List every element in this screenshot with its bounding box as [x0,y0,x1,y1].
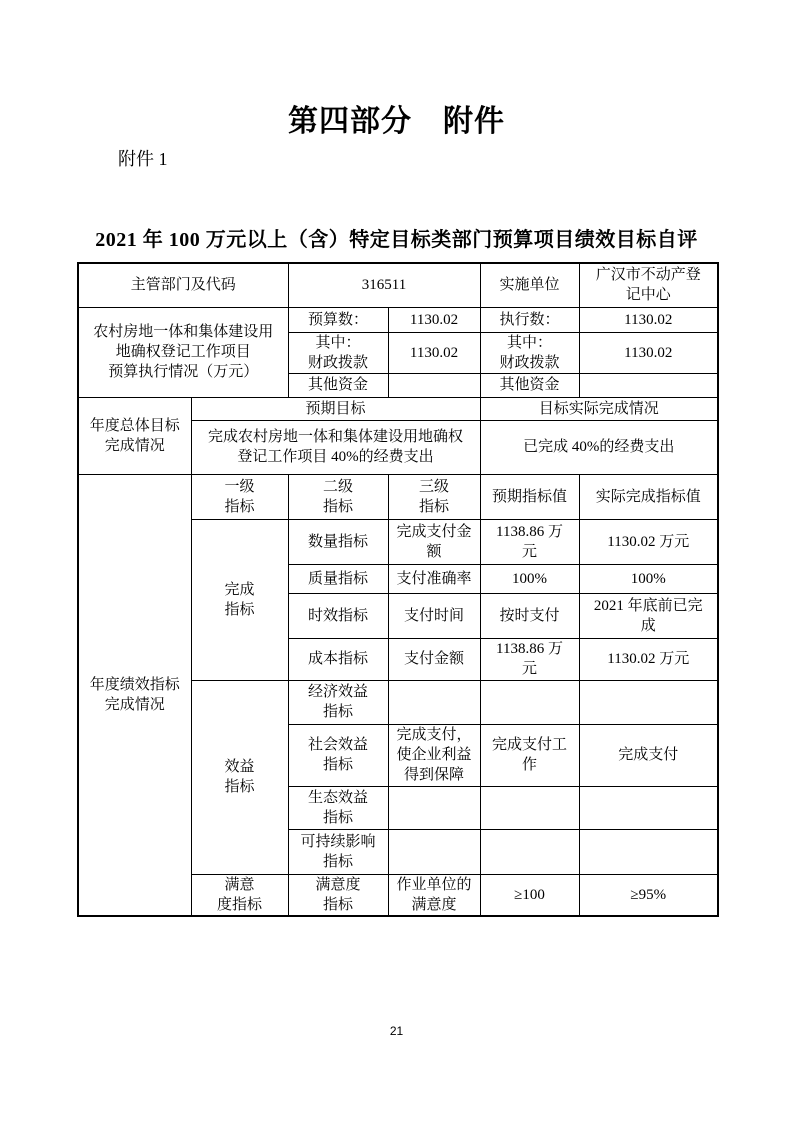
dept-code-label-cell: 主管部门及代码 [78,263,288,307]
economic-benefit-cell: 经济效益 指标 [288,680,388,724]
sustainable-actual-cell [579,829,718,874]
cost-actual-cell: 1130.02 万元 [579,638,718,680]
other-funds-value-cell [388,373,480,397]
cost-expected-cell: 1138.86 万 元 [480,638,579,680]
expected-goal-text-cell: 完成农村房地一体和集体建设用地确权 登记工作项目 40%的经费支出 [191,420,480,474]
fiscal-allocation-exec-label-cell: 其中： 财政拨款 [480,332,579,373]
social-expected-cell: 完成支付工 作 [480,724,579,786]
col-header-expected: 预期指标值 [480,474,579,519]
cost-indicator-cell: 成本指标 [288,638,388,680]
quality-level3-cell: 支付准确率 [388,564,480,593]
satisfaction-indicator-cell: 满意度 指标 [288,874,388,916]
economic-level3-cell [388,680,480,724]
attachment-label: 附件 1 [118,145,168,171]
table-title: 2021 年 100 万元以上（含）特定目标类部门预算项目绩效目标自评 [0,223,793,252]
col-header-level2: 二级 指标 [288,474,388,519]
social-actual-cell: 完成支付 [579,724,718,786]
budget-number-label-cell: 预算数： [288,307,388,332]
annual-goal-row-label-cell: 年度总体目标 完成情况 [78,397,191,474]
other-funds-exec-value-cell [579,373,718,397]
col-header-level3: 三级 指标 [388,474,480,519]
satisfaction-expected-cell: ≥100 [480,874,579,916]
other-funds-label-cell: 其他资金 [288,373,388,397]
satisfaction-level3-cell: 作业单位的 满意度 [388,874,480,916]
document-page: 第四部分 附件 附件 1 2021 年 100 万元以上（含）特定目标类部门预算… [0,0,793,1122]
timeliness-indicator-cell: 时效指标 [288,593,388,638]
timeliness-level3-cell: 支付时间 [388,593,480,638]
quantity-level3-cell: 完成支付金 额 [388,519,480,564]
ecological-benefit-cell: 生态效益 指标 [288,786,388,829]
fiscal-allocation-value-cell: 1130.02 [388,332,480,373]
quantity-indicator-cell: 数量指标 [288,519,388,564]
actual-goal-header-cell: 目标实际完成情况 [480,397,718,420]
execution-number-label-cell: 执行数： [480,307,579,332]
ecological-expected-cell [480,786,579,829]
other-funds-exec-label-cell: 其他资金 [480,373,579,397]
social-benefit-cell: 社会效益 指标 [288,724,388,786]
expected-goal-header-cell: 预期目标 [191,397,480,420]
group-completion-label-cell: 完成 指标 [191,519,288,680]
col-header-actual: 实际完成指标值 [579,474,718,519]
implement-unit-value-cell: 广汉市不动产登 记中心 [579,263,718,307]
fiscal-allocation-exec-value-cell: 1130.02 [579,332,718,373]
dept-code-value-cell: 316511 [288,263,480,307]
sustainable-level3-cell [388,829,480,874]
social-level3-cell: 完成支付， 使企业利益 得到保障 [388,724,480,786]
implement-unit-label-cell: 实施单位 [480,263,579,307]
budget-number-value-cell: 1130.02 [388,307,480,332]
indicators-row-label-cell: 年度绩效指标 完成情况 [78,474,191,916]
actual-goal-text-cell: 已完成 40%的经费支出 [480,420,718,474]
timeliness-expected-cell: 按时支付 [480,593,579,638]
group-satisfaction-label-cell: 满意 度指标 [191,874,288,916]
sustainable-expected-cell [480,829,579,874]
col-header-level1: 一级 指标 [191,474,288,519]
quality-expected-cell: 100% [480,564,579,593]
quality-indicator-cell: 质量指标 [288,564,388,593]
cost-level3-cell: 支付金额 [388,638,480,680]
sustainable-impact-cell: 可持续影响 指标 [288,829,388,874]
execution-number-value-cell: 1130.02 [579,307,718,332]
performance-self-evaluation-table: 主管部门及代码 316511 实施单位 广汉市不动产登 记中心 农村房地一体和集… [77,262,719,917]
section-title: 第四部分 附件 [0,96,793,140]
quality-actual-cell: 100% [579,564,718,593]
economic-expected-cell [480,680,579,724]
page-number: 21 [0,1024,793,1038]
ecological-actual-cell [579,786,718,829]
satisfaction-actual-cell: ≥95% [579,874,718,916]
fiscal-allocation-label-cell: 其中： 财政拨款 [288,332,388,373]
quantity-actual-cell: 1130.02 万元 [579,519,718,564]
economic-actual-cell [579,680,718,724]
timeliness-actual-cell: 2021 年底前已完 成 [579,593,718,638]
quantity-expected-cell: 1138.86 万 元 [480,519,579,564]
group-benefit-label-cell: 效益 指标 [191,680,288,874]
ecological-level3-cell [388,786,480,829]
project-budget-label-cell: 农村房地一体和集体建设用 地确权登记工作项目 预算执行情况（万元） [78,307,288,397]
